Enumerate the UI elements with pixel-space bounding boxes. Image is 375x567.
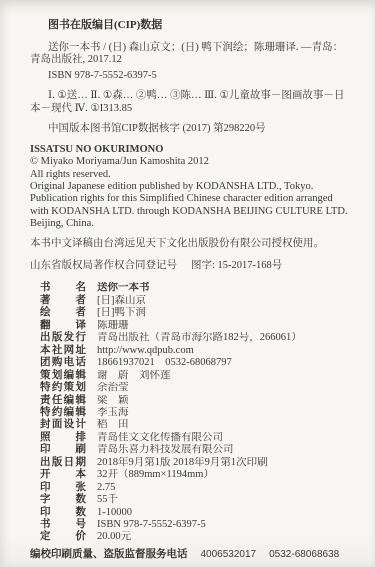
colophon-label: 本社网址 <box>40 345 86 357</box>
colophon-row: 著者 [日]森山京 <box>40 295 351 307</box>
colophon-value: ISBN 978-7-5552-6397-5 <box>97 519 351 531</box>
colophon-row: 策划编辑 谢 蔚 刘怀莲 <box>40 370 351 382</box>
colophon-value: 2.75 <box>97 482 351 494</box>
colophon-label: 出版日期 <box>40 457 86 469</box>
colophon-value: 稻 田 <box>97 419 351 431</box>
colophon-value: 陈珊珊 <box>97 320 351 332</box>
colophon-value: 2018年9月第1版 2018年9月第1次印刷 <box>97 457 351 469</box>
colophon-value: 20.00元 <box>97 531 351 543</box>
colophon-row: 特约编辑 李玉海 <box>40 407 351 419</box>
colophon-label: 团购电话 <box>40 357 86 369</box>
edition-line: Original Japanese edition published by K… <box>30 181 351 193</box>
colophon-value: 青岛乐喜力科技发展有限公司 <box>97 444 351 456</box>
hotline-phone-1: 4006532017 <box>201 549 257 560</box>
colophon-row: 翻译 陈珊珊 <box>40 320 351 332</box>
colophon-label: 开本 <box>40 469 86 481</box>
cip-registry-number: 中国版本图书馆CIP数据核字 (2017) 第298220号 <box>48 123 351 136</box>
colophon-label: 照排 <box>40 432 86 444</box>
colophon-label: 定价 <box>40 531 86 543</box>
cip-record: 送你一本书 / (日) 森山京文；(日) 鸭下润绘；陈珊珊译. —青岛：青岛出版… <box>30 42 351 67</box>
copyright-page: 图书在版编目(CIP)数据 送你一本书 / (日) 森山京文；(日) 鸭下润绘；… <box>0 0 375 567</box>
colophon-row: 照排 青岛佳文文化传播有限公司 <box>40 432 351 444</box>
copyright-section: ISSATSU NO OKURIMONO © Miyako Moriyama/J… <box>30 144 351 230</box>
contract-label: 山东省版权局著作权合同登记号 <box>30 260 177 271</box>
colophon-row: 绘者 [日]鸭下润 <box>40 307 351 319</box>
contract-number: 图字: 15-2017-168号 <box>191 260 282 271</box>
colophon-label: 绘者 <box>40 307 86 319</box>
colophon-table: 书名 送你一本书 著者 [日]森山京 绘者 [日]鸭下润 翻译 陈珊珊 出版发行… <box>40 282 351 544</box>
contract-registration: 山东省版权局著作权合同登记号图字: 15-2017-168号 <box>30 260 351 273</box>
colophon-label: 印数 <box>40 507 86 519</box>
colophon-row: 书名 送你一本书 <box>40 282 351 294</box>
colophon-row: 书号 ISBN 978-7-5552-6397-5 <box>40 519 351 531</box>
colophon-row: 印张 2.75 <box>40 482 351 494</box>
colophon-row: 开本 32开（889mm×1194mm） <box>40 469 351 481</box>
colophon-label: 印刷 <box>40 444 86 456</box>
colophon-row: 出版日期 2018年9月第1版 2018年9月第1次印刷 <box>40 457 351 469</box>
colophon-label: 责任编辑 <box>40 395 86 407</box>
colophon-row: 团购电话 18661937021 0532-68068797 <box>40 357 351 369</box>
arrangement-line: Publication rights for this Simplified C… <box>30 193 351 230</box>
colophon-label: 书名 <box>40 282 86 294</box>
colophon-value: 1-10000 <box>97 507 351 519</box>
copyright-line: © Miyako Moriyama/Jun Kamoshita 2012 <box>30 156 351 168</box>
authorization-note: 本书中文译稿由台湾远见天下文化出版股份有限公司授权使用。 <box>30 238 351 251</box>
colophon-value: [日]鸭下润 <box>97 307 351 319</box>
colophon-row: 印数 1-10000 <box>40 507 351 519</box>
colophon-row: 封面设计 稻 田 <box>40 419 351 431</box>
cip-isbn: ISBN 978-7-5552-6397-5 <box>48 70 351 83</box>
colophon-row: 印刷 青岛乐喜力科技发展有限公司 <box>40 444 351 456</box>
cip-classification: Ⅰ. ①送… Ⅱ. ①森… ②鸭… ③陈… Ⅲ. ①儿童故事－图画故事－日本－现… <box>30 90 351 115</box>
colophon-label: 著者 <box>40 295 86 307</box>
colophon-label: 字数 <box>40 494 86 506</box>
colophon-row: 定价 20.00元 <box>40 531 351 543</box>
colophon-row: 责任编辑 梁 颖 <box>40 395 351 407</box>
colophon-label: 出版发行 <box>40 332 86 344</box>
colophon-label: 翻译 <box>40 320 86 332</box>
colophon-value: 送你一本书 <box>97 282 351 294</box>
colophon-label: 策划编辑 <box>40 370 86 382</box>
colophon-label: 印张 <box>40 482 86 494</box>
rights-reserved-line: All rights reserved. <box>30 169 351 181</box>
cip-header: 图书在版编目(CIP)数据 <box>48 19 351 32</box>
hotline-label: 编校印刷质量、盗版监督服务电话 <box>30 549 188 560</box>
colophon-row: 字数 55千 <box>40 494 351 506</box>
colophon-label: 特约策划 <box>40 382 86 394</box>
colophon-value: 55千 <box>97 494 351 506</box>
hotline-phone-2: 0532-68068638 <box>269 549 339 560</box>
colophon-value: 余治莹 <box>97 382 351 394</box>
colophon-value: 青岛佳文文化传播有限公司 <box>97 432 351 444</box>
colophon-label: 特约编辑 <box>40 407 86 419</box>
colophon-value: 青岛出版社（青岛市海尔路182号，266061） <box>97 332 351 344</box>
colophon-value: 18661937021 0532-68068797 <box>97 357 351 369</box>
original-title: ISSATSU NO OKURIMONO <box>30 144 351 156</box>
colophon-row: 出版发行 青岛出版社（青岛市海尔路182号，266061） <box>40 332 351 344</box>
colophon-label: 封面设计 <box>40 419 86 431</box>
colophon-value: 谢 蔚 刘怀莲 <box>97 370 351 382</box>
colophon-label: 书号 <box>40 519 86 531</box>
colophon-value: [日]森山京 <box>97 295 351 307</box>
colophon-value: 梁 颖 <box>97 395 351 407</box>
colophon-row: 本社网址 http://www.qdpub.com <box>40 345 351 357</box>
quality-hotline: 编校印刷质量、盗版监督服务电话40065320170532-68068638 <box>30 549 351 562</box>
colophon-value: http://www.qdpub.com <box>97 345 351 357</box>
colophon-value: 32开（889mm×1194mm） <box>97 469 351 481</box>
colophon-value: 李玉海 <box>97 407 351 419</box>
colophon-row: 特约策划 余治莹 <box>40 382 351 394</box>
